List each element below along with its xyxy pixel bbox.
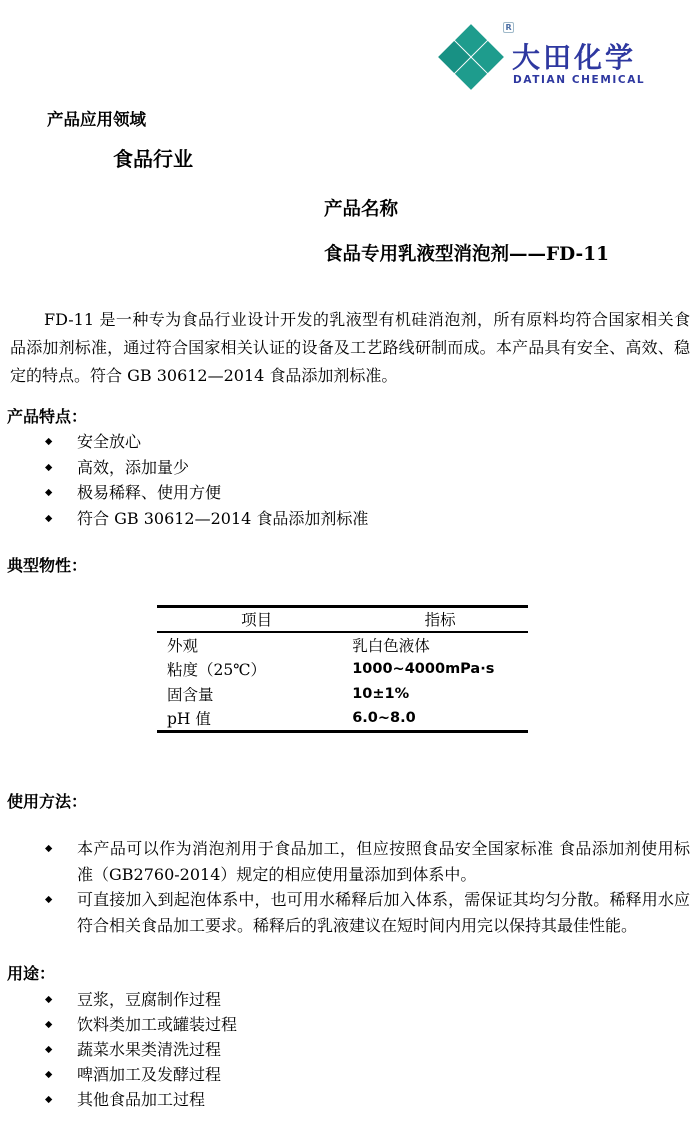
brand-logo: R 大田化学 DATIAN CHEMICAL <box>433 16 643 98</box>
property-value: 6.0~8.0 <box>346 707 528 732</box>
diamond-bullet-icon: ◆ <box>45 987 77 1012</box>
table-row: 粘度（25℃） 1000~4000mPa·s <box>157 657 528 682</box>
product-name-heading: 产品名称 <box>324 195 398 221</box>
table-row: pH 值 6.0~8.0 <box>157 707 528 732</box>
diamond-bullet-icon: ◆ <box>45 480 77 506</box>
application-item: ◆ 饮料类加工或罐装过程 <box>45 1012 665 1037</box>
brand-name-cn: 大田化学 <box>512 36 636 76</box>
usage-item-label: 可直接加入到起泡体系中，也可用水稀释后加入体系，需保证其均匀分散。稀释用水应符合… <box>77 887 690 938</box>
brand-name-en: DATIAN CHEMICAL <box>513 74 645 86</box>
application-item: ◆ 蔬菜水果类清洗过程 <box>45 1037 665 1062</box>
application-item-label: 饮料类加工或罐装过程 <box>77 1012 665 1037</box>
property-value: 乳白色液体 <box>346 632 528 657</box>
applications-heading: 用途： <box>7 961 55 984</box>
usage-heading: 使用方法： <box>7 789 87 812</box>
features-heading: 产品特点： <box>7 404 87 427</box>
property-name: 外观 <box>157 632 346 657</box>
diamond-bullet-icon: ◆ <box>45 506 77 532</box>
property-value: 1000~4000mPa·s <box>346 657 528 682</box>
diamond-bullet-icon: ◆ <box>45 887 77 913</box>
table-header-spec: 指标 <box>346 607 528 632</box>
feature-item-label: 高效，添加量少 <box>77 455 665 481</box>
feature-item: ◆ 符合 GB 30612—2014 食品添加剂标准 <box>45 506 665 532</box>
table-header-row: 项目 指标 <box>157 607 528 632</box>
diamond-bullet-icon: ◆ <box>45 455 77 481</box>
diamond-bullet-icon: ◆ <box>45 1037 77 1062</box>
diamond-bullet-icon: ◆ <box>45 1012 77 1037</box>
property-value: 10±1% <box>346 682 528 707</box>
usage-item-label: 本产品可以作为消泡剂用于食品加工，但应按照食品安全国家标准 食品添加剂使用标准（… <box>77 836 690 887</box>
application-item: ◆ 啤酒加工及发酵过程 <box>45 1062 665 1087</box>
application-item-label: 其他食品加工过程 <box>77 1087 665 1112</box>
application-item: ◆ 其他食品加工过程 <box>45 1087 665 1112</box>
properties-table: 项目 指标 外观 乳白色液体 粘度（25℃） 1000~4000mPa·s 固含… <box>157 605 528 733</box>
table-row: 固含量 10±1% <box>157 682 528 707</box>
application-item-label: 蔬菜水果类清洗过程 <box>77 1037 665 1062</box>
product-title: 食品专用乳液型消泡剂——FD-11 <box>324 240 609 266</box>
usage-item: ◆ 本产品可以作为消泡剂用于食品加工，但应按照食品安全国家标准 食品添加剂使用标… <box>45 836 690 887</box>
feature-item-label: 安全放心 <box>77 429 665 455</box>
application-item-label: 豆浆，豆腐制作过程 <box>77 987 665 1012</box>
feature-item: ◆ 高效，添加量少 <box>45 455 665 481</box>
property-name: 粘度（25℃） <box>157 657 346 682</box>
feature-item-label: 极易稀释、使用方便 <box>77 480 665 506</box>
application-item-label: 啤酒加工及发酵过程 <box>77 1062 665 1087</box>
application-item: ◆ 豆浆，豆腐制作过程 <box>45 987 665 1012</box>
industry-label: 食品行业 <box>113 143 193 172</box>
diamond-bullet-icon: ◆ <box>45 1087 77 1112</box>
usage-item: ◆ 可直接加入到起泡体系中，也可用水稀释后加入体系，需保证其均匀分散。稀释用水应… <box>45 887 690 938</box>
usage-list: ◆ 本产品可以作为消泡剂用于食品加工，但应按照食品安全国家标准 食品添加剂使用标… <box>45 836 690 938</box>
property-name: pH 值 <box>157 707 346 732</box>
diamond-bullet-icon: ◆ <box>45 1062 77 1087</box>
table-row: 外观 乳白色液体 <box>157 632 528 657</box>
diamond-bullet-icon: ◆ <box>45 836 77 862</box>
intro-paragraph: FD-11 是一种专为食品行业设计开发的乳液型有机硅消泡剂，所有原料均符合国家相… <box>10 306 690 390</box>
properties-heading: 典型物性： <box>7 553 87 576</box>
applications-list: ◆ 豆浆，豆腐制作过程 ◆ 饮料类加工或罐装过程 ◆ 蔬菜水果类清洗过程 ◆ 啤… <box>45 987 665 1112</box>
feature-item: ◆ 安全放心 <box>45 429 665 455</box>
application-field-heading: 产品应用领域 <box>47 106 146 130</box>
property-name: 固含量 <box>157 682 346 707</box>
datian-diamond-logo-icon <box>436 22 506 92</box>
datasheet-page: R 大田化学 DATIAN CHEMICAL 产品应用领域 食品行业 产品名称 … <box>0 0 700 1124</box>
feature-item-label: 符合 GB 30612—2014 食品添加剂标准 <box>77 506 665 532</box>
table-header-item: 项目 <box>157 607 346 632</box>
features-list: ◆ 安全放心 ◆ 高效，添加量少 ◆ 极易稀释、使用方便 ◆ 符合 GB 306… <box>45 429 665 531</box>
diamond-bullet-icon: ◆ <box>45 429 77 455</box>
registered-trademark-icon: R <box>503 22 514 33</box>
feature-item: ◆ 极易稀释、使用方便 <box>45 480 665 506</box>
